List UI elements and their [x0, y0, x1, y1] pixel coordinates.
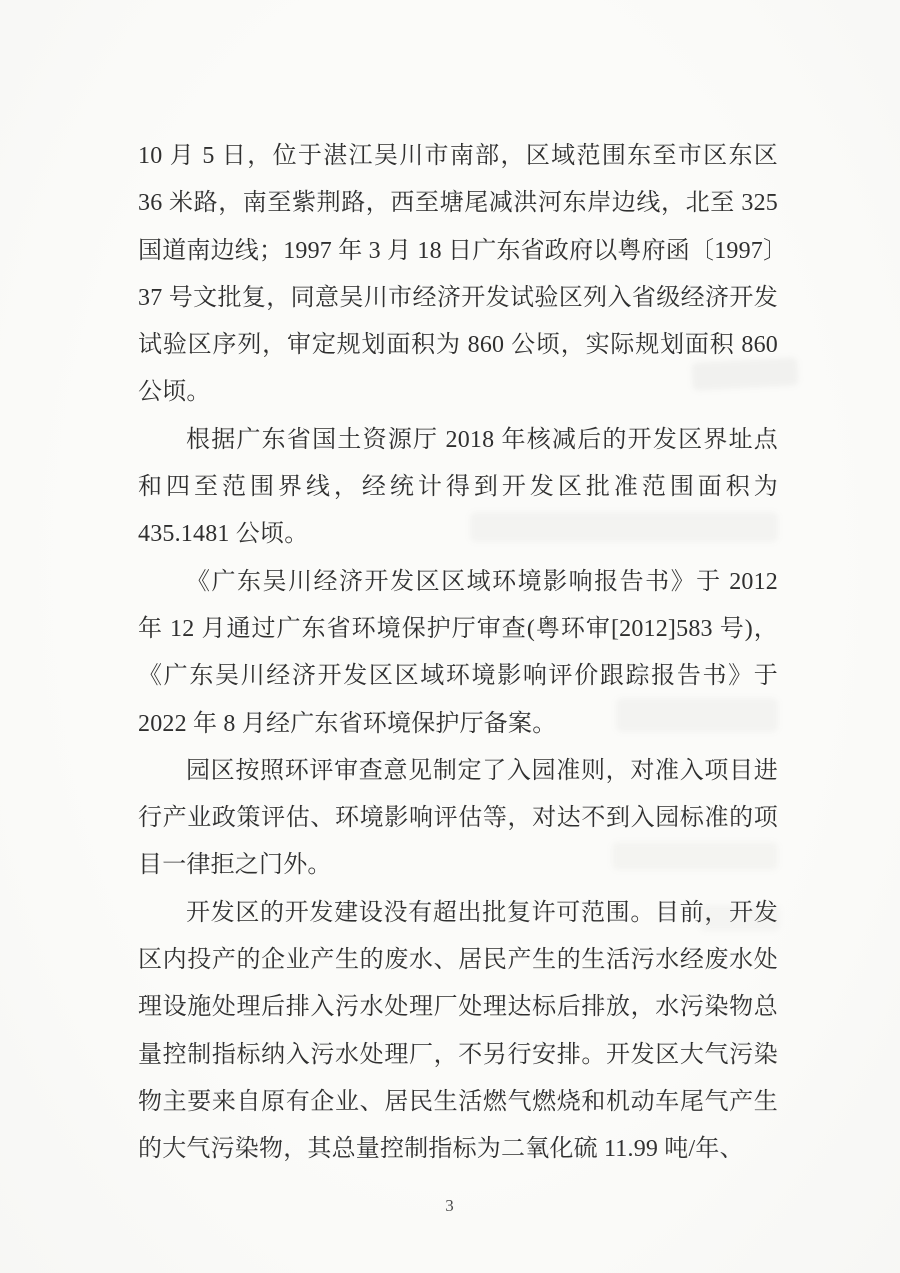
text-line: 《广东吴川经济开发区区域环境影响评价跟踪报告书》于	[138, 653, 778, 700]
paragraph: 根据广东省国土资源厅 2018 年核减后的开发区界址点和四至范围界线，经统计得到…	[138, 417, 778, 559]
text-line: 物主要来自原有企业、居民生活燃气燃烧和机动车尾气产生	[138, 1079, 778, 1126]
text-line: 的大气污染物，其总量控制指标为二氧化硫 11.99 吨/年、	[138, 1126, 778, 1173]
text-line: 国道南边线；1997 年 3 月 18 日广东省政府以粤府函〔1997〕	[138, 228, 778, 275]
paragraph: 园区按照环评审查意见制定了入园准则，对准入项目进行产业政策评估、环境影响评估等，…	[138, 748, 778, 890]
text-line: 2022 年 8 月经广东省环境保护厅备案。	[138, 701, 778, 748]
text-line: 公顷。	[138, 369, 778, 416]
text-line: 435.1481 公顷。	[138, 511, 778, 558]
text-line: 园区按照环评审查意见制定了入园准则，对准入项目进	[138, 748, 778, 795]
text-line: 行产业政策评估、环境影响评估等，对达不到入园标准的项	[138, 795, 778, 842]
text-line: 10 月 5 日，位于湛江吴川市南部，区域范围东至市区东区	[138, 133, 778, 180]
document-page: 10 月 5 日，位于湛江吴川市南部，区域范围东至市区东区36 米路，南至紫荆路…	[0, 0, 900, 1273]
paragraph: 10 月 5 日，位于湛江吴川市南部，区域范围东至市区东区36 米路，南至紫荆路…	[138, 133, 778, 417]
paragraph: 开发区的开发建设没有超出批复许可范围。目前，开发区内投产的企业产生的废水、居民产…	[138, 890, 778, 1174]
text-line: 36 米路，南至紫荆路，西至塘尾减洪河东岸边线，北至 325	[138, 180, 778, 227]
text-line: 根据广东省国土资源厅 2018 年核减后的开发区界址点	[138, 417, 778, 464]
text-line: 年 12 月通过广东省环境保护厅审查(粤环审[2012]583 号)，	[138, 606, 778, 653]
paragraph: 《广东吴川经济开发区区域环境影响报告书》于 2012年 12 月通过广东省环境保…	[138, 559, 778, 748]
text-line: 理设施处理后排入污水处理厂处理达标后排放，水污染物总	[138, 984, 778, 1031]
page-number: 3	[0, 1196, 900, 1216]
text-line: 目一律拒之门外。	[138, 842, 778, 889]
text-line: 37 号文批复，同意吴川市经济开发试验区列入省级经济开发	[138, 275, 778, 322]
text-line: 《广东吴川经济开发区区域环境影响报告书》于 2012	[138, 559, 778, 606]
text-line: 区内投产的企业产生的废水、居民产生的生活污水经废水处	[138, 937, 778, 984]
text-line: 量控制指标纳入污水处理厂，不另行安排。开发区大气污染	[138, 1032, 778, 1079]
document-body: 10 月 5 日，位于湛江吴川市南部，区域范围东至市区东区36 米路，南至紫荆路…	[138, 133, 778, 1174]
text-line: 试验区序列，审定规划面积为 860 公顷，实际规划面积 860	[138, 322, 778, 369]
text-line: 开发区的开发建设没有超出批复许可范围。目前，开发	[138, 890, 778, 937]
text-line: 和四至范围界线，经统计得到开发区批准范围面积为	[138, 464, 778, 511]
